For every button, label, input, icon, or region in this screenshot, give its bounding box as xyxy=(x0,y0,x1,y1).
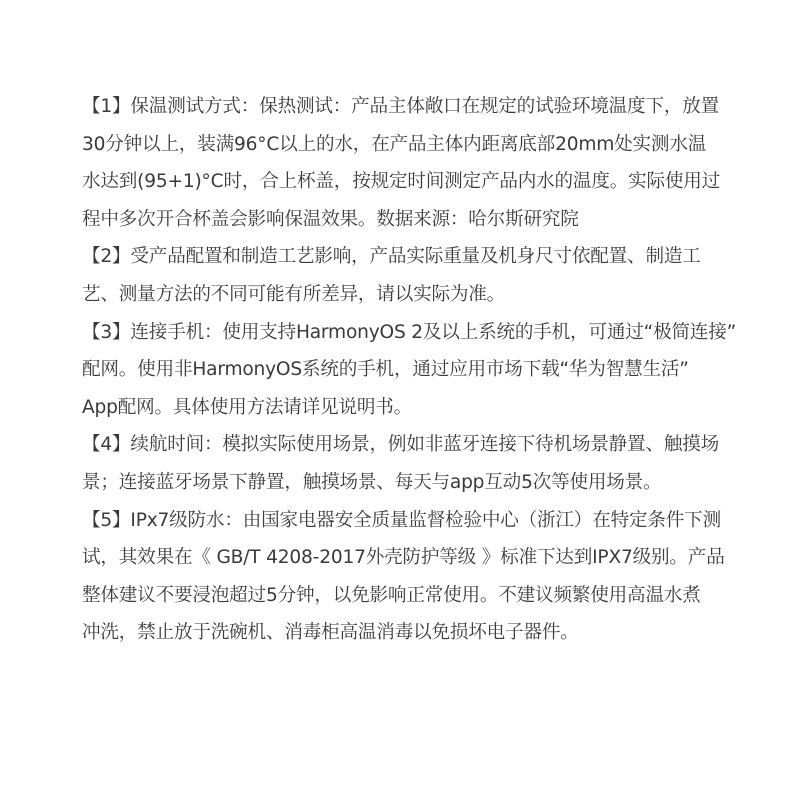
footnote-line: 【3】连接手机：使用支持HarmonyOS 2及以上系统的手机，可通过“极简连接… xyxy=(82,314,710,352)
footnote-line: 【4】续航时间：模拟实际使用场景，例如非蓝牙连接下待机场景静置、触摸场 xyxy=(82,426,710,464)
footnote-line: App配网。具体使用方法请详见说明书。 xyxy=(82,389,710,427)
footnote-line: 景；连接蓝牙场景下静置，触摸场景、每天与app互动5次等使用场景。 xyxy=(82,464,710,502)
footnote-line: 整体建议不要浸泡超过5分钟，以免影响正常使用。不建议频繁使用高温水煮 xyxy=(82,577,710,615)
footnote-line: 艺、测量方法的不同可能有所差异，请以实际为准。 xyxy=(82,276,710,314)
footnote-line: 冲洗，禁止放于洗碗机、消毒柜高温消毒以免损坏电子器件。 xyxy=(82,614,710,652)
footnote-line: 水达到(95+1)°C时，合上杯盖，按规定时间测定产品内水的温度。实际使用过 xyxy=(82,163,710,201)
footnote-line: 【2】受产品配置和制造工艺影响，产品实际重量及机身尺寸依配置、制造工 xyxy=(82,238,710,276)
footnote-line: 【5】IPx7级防水：由国家电器安全质量监督检验中心（浙江）在特定条件下测 xyxy=(82,502,710,540)
footnote-5-waterproof: 【5】IPx7级防水：由国家电器安全质量监督检验中心（浙江）在特定条件下测 试，… xyxy=(82,502,710,652)
footnote-line: 30分钟以上，装满96°C以上的水，在产品主体内距离底部20mm处实测水温 xyxy=(82,126,710,164)
footnote-3-phone-connection: 【3】连接手机：使用支持HarmonyOS 2及以上系统的手机，可通过“极简连接… xyxy=(82,314,710,427)
footnote-line: 配网。使用非HarmonyOS系统的手机，通过应用市场下载“华为智慧生活” xyxy=(82,351,710,389)
footnote-2-dimensions: 【2】受产品配置和制造工艺影响，产品实际重量及机身尺寸依配置、制造工 艺、测量方… xyxy=(82,238,710,313)
product-footnotes: 【1】保温测试方式：保热测试：产品主体敞口在规定的试验环境温度下，放置 30分钟… xyxy=(82,88,710,652)
footnote-1-heat-retention: 【1】保温测试方式：保热测试：产品主体敞口在规定的试验环境温度下，放置 30分钟… xyxy=(82,88,710,238)
footnote-line: 程中多次开合杯盖会影响保温效果。数据来源：哈尔斯研究院 xyxy=(82,201,710,239)
footnote-line: 试，其效果在《 GB/T 4208-2017外壳防护等级 》标准下达到IPX7级… xyxy=(82,539,710,577)
footnote-line: 【1】保温测试方式：保热测试：产品主体敞口在规定的试验环境温度下，放置 xyxy=(82,88,710,126)
footnote-4-battery-life: 【4】续航时间：模拟实际使用场景，例如非蓝牙连接下待机场景静置、触摸场 景；连接… xyxy=(82,426,710,501)
